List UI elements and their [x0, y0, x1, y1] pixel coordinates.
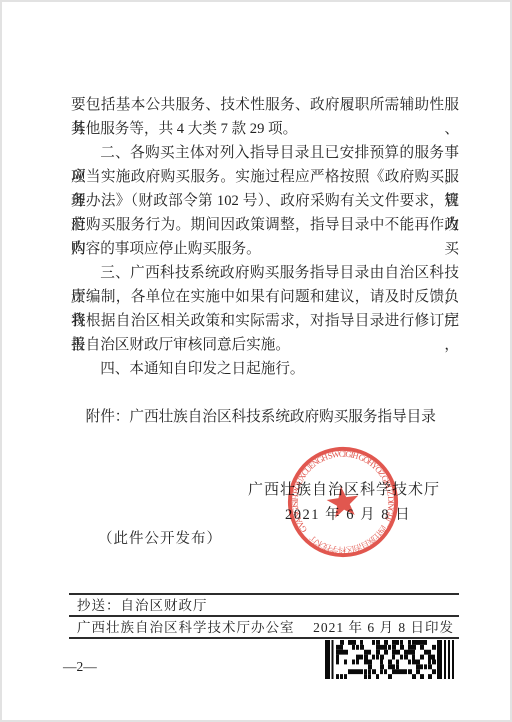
- body-line: 应当实施政府购买服务。实施过程应严格按照《政府购买服务管: [71, 165, 459, 189]
- document-page: 要包括基本公共服务、技术性服务、政府履职所需辅助性服务、其他服务等，共 4 大类…: [0, 0, 512, 722]
- cc-line: 抄送：自治区财政厅: [77, 597, 208, 615]
- body-line: 府购买服务行为。期间因政策调整，指导目录中不能再作为购买: [71, 213, 459, 237]
- footer-rule-top: [69, 593, 459, 595]
- barcode-svg: [325, 640, 454, 679]
- body-text: 要包括基本公共服务、技术性服务、政府履职所需辅助性服务、其他服务等，共 4 大类…: [71, 93, 459, 381]
- issuing-office: 广西壮族自治区科学技术厅办公室: [77, 619, 295, 637]
- public-release-note: （此件公开发布）: [98, 528, 222, 550]
- body-line: 将根据自治区相关政策和实际需求，对指导目录进行修订完善，: [71, 309, 459, 333]
- footer-rule-middle: [69, 615, 459, 617]
- body-line: 理办法》（财政部令第 102 号）、政府采购有关文件要求，规范政: [71, 189, 459, 213]
- seal-svg: GVANGJSIH BOUXCUENGH SWCIGIH GOHYOZ GISU…: [276, 435, 409, 568]
- seal-star-icon: [325, 484, 361, 518]
- body-line: 三、广西科技系统政府购买服务指导目录由自治区科技厅负: [71, 261, 459, 285]
- body-line: 二、各购买主体对列入指导目录且已安排预算的服务事项，: [71, 141, 459, 165]
- body-line: 要包括基本公共服务、技术性服务、政府履职所需辅助性服务、: [71, 93, 459, 117]
- page-number: —2—: [63, 658, 97, 676]
- document-barcode-icon: [325, 640, 454, 679]
- official-seal-icon: GVANGJSIH BOUXCUENGH SWCIGIH GOHYOZ GISU…: [276, 435, 409, 568]
- print-date: 2021 年 6 月 8 日印发: [313, 619, 454, 637]
- body-line: 四、本通知自印发之日起施行。: [71, 357, 459, 381]
- body-line: 责编制，各单位在实施中如果有问题和建议，请及时反馈，我厅: [71, 285, 459, 309]
- footer-rule-bottom: [69, 637, 459, 639]
- attachment-line: 附件：广西壮族自治区科技系统政府购买服务指导目录: [71, 405, 459, 429]
